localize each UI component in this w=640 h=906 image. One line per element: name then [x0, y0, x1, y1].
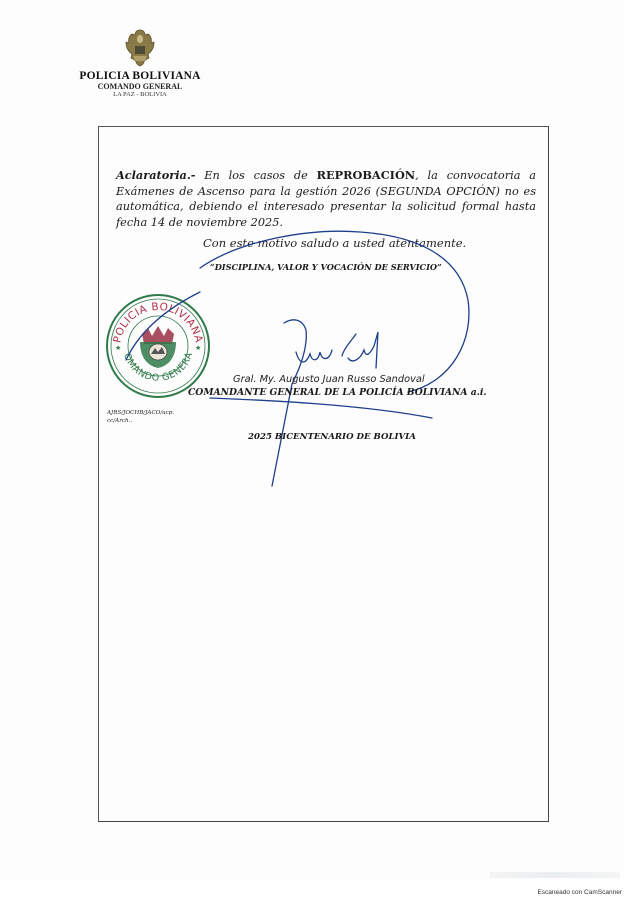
- bicentenary-footer: 2025 BICENTENARIO DE BOLIVIA: [248, 432, 416, 442]
- motto: “DISCIPLINA, VALOR Y VOCACIÓN DE SERVICI…: [210, 262, 442, 272]
- signer-name: Gral. My. Augusto Juan Russo Sandoval: [233, 374, 425, 385]
- letterhead: POLICIA BOLIVIANA COMANDO GENERAL LA PAZ…: [70, 28, 210, 99]
- initials: AJRS/JOCHB/JACO/acp.: [107, 409, 174, 417]
- reference-initials: AJRS/JOCHB/JACO/acp. cc/Arch..: [107, 409, 174, 425]
- police-crest-icon: [123, 28, 157, 68]
- svg-text:★: ★: [195, 344, 201, 352]
- emphasis-reprobacion: REPROBACIÓN: [317, 168, 415, 182]
- location: LA PAZ - BOLIVIA: [70, 91, 210, 99]
- closing-line: Con este motivo saludo a usted atentamen…: [203, 236, 466, 250]
- organization-name: POLICIA BOLIVIANA: [70, 70, 210, 82]
- scanner-watermark: Escaneado con CamScanner: [537, 889, 622, 896]
- copy-to: cc/Arch..: [107, 417, 174, 425]
- clarification-lead: Aclaratoria.-: [116, 168, 195, 182]
- coat-of-arms-icon: [140, 326, 176, 368]
- command-name: COMANDO GENERAL: [70, 82, 210, 91]
- scan-edge: [490, 872, 620, 878]
- clarification-paragraph: Aclaratoria.- En los casos de REPROBACIÓ…: [116, 168, 536, 230]
- signer-title: COMANDANTE GENERAL DE LA POLICÍA BOLIVIA…: [188, 387, 487, 398]
- official-stamp: POLICIA BOLIVIANA COMANDO GENERAL ★ ★: [104, 292, 212, 400]
- svg-text:★: ★: [115, 344, 121, 352]
- paragraph-text: En los casos de: [195, 169, 316, 182]
- content-frame: [98, 126, 549, 822]
